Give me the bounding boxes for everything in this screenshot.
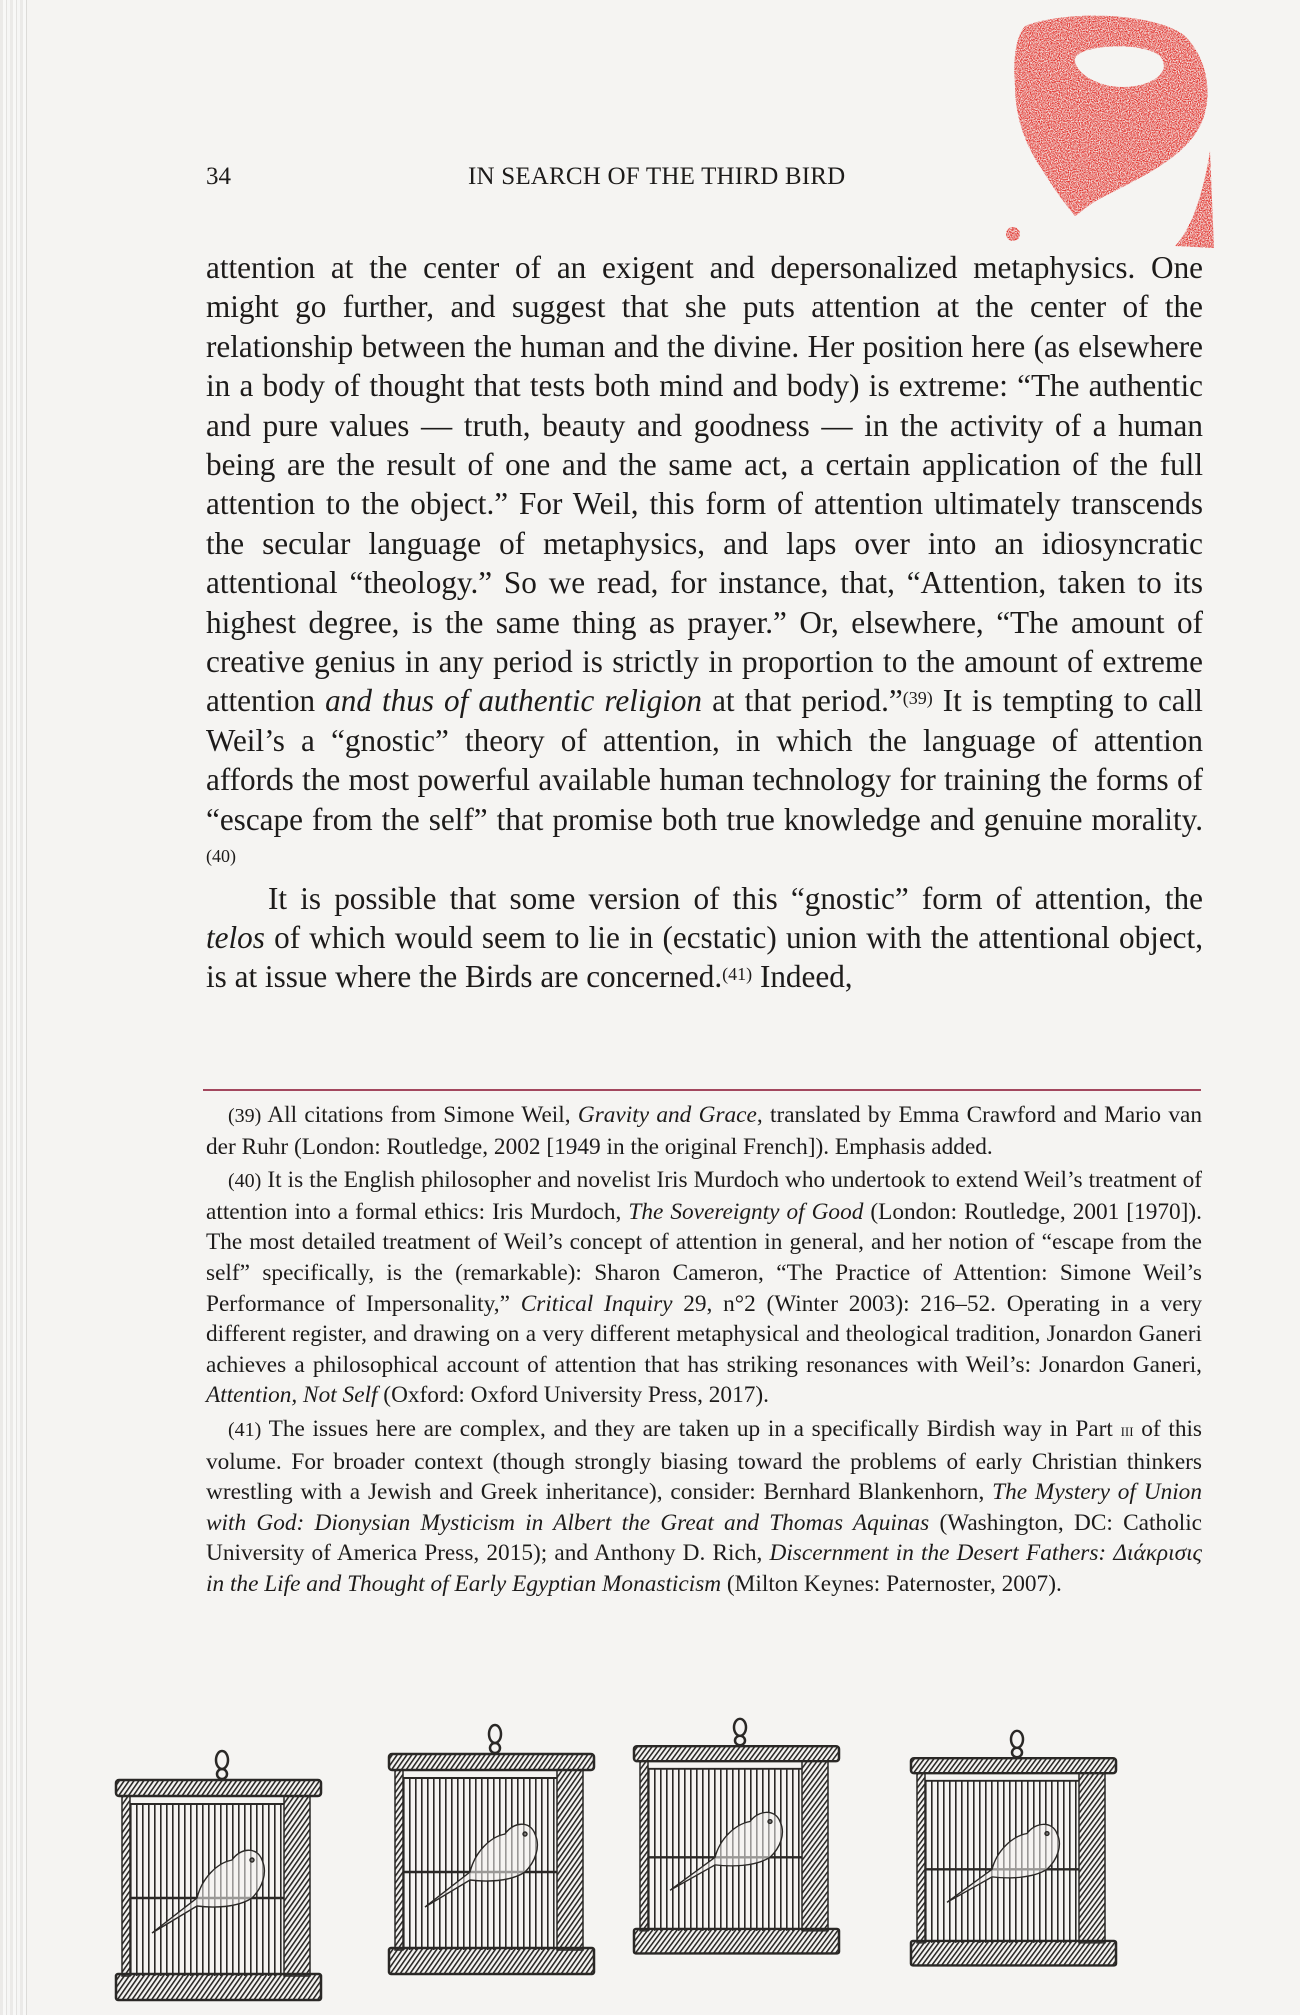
title-italic: Gravity and Grace — [578, 1102, 757, 1128]
text-run: attention at the center of an exigent an… — [206, 250, 1203, 718]
text-run: Indeed, — [752, 959, 852, 994]
footnote-41: (41) The issues here are complex, and th… — [206, 1414, 1202, 1600]
birdcage-icon — [385, 1722, 600, 1982]
emphasis-text: telos — [206, 920, 265, 955]
running-head: IN SEARCH OF THE THIRD BIRD — [468, 163, 845, 191]
emphasis-text: and thus of authentic religion — [325, 683, 702, 718]
footnote-39: (39) All citations from Simone Weil, Gra… — [206, 1100, 1202, 1162]
birdcage-illustrations — [0, 1700, 1300, 2015]
footnote-number: (40) — [228, 1170, 261, 1192]
small-caps-text: iii — [1121, 1420, 1134, 1441]
birdcage-icon — [630, 1716, 845, 1961]
text-run: It is possible that some version of this… — [268, 881, 1203, 916]
page-header: 34 IN SEARCH OF THE THIRD BIRD — [206, 163, 1206, 199]
footnotes: (39) All citations from Simone Weil, Gra… — [206, 1100, 1202, 1603]
text-run: (Milton Keynes: Paternoster, 2007). — [721, 1571, 1062, 1597]
text-run: of which would seem to lie in (ecstatic)… — [206, 920, 1203, 994]
birdcage-icon — [112, 1748, 327, 2008]
footnote-ref-40[interactable]: (40) — [206, 846, 236, 866]
text-run: All citations from Simone Weil, — [261, 1102, 578, 1128]
text-run: at that period.” — [702, 683, 903, 718]
footnote-number: (39) — [228, 1105, 261, 1127]
body-text: attention at the center of an exigent an… — [206, 248, 1203, 997]
title-italic: Attention, Not Self — [206, 1382, 377, 1408]
title-italic: Critical Inquiry — [521, 1291, 673, 1317]
paragraph: It is possible that some version of this… — [206, 879, 1203, 997]
footnote-ref-41[interactable]: (41) — [722, 964, 752, 984]
footnote-separator-rule — [203, 1089, 1201, 1091]
paragraph: attention at the center of an exigent an… — [206, 248, 1203, 879]
birdcage-icon — [907, 1728, 1122, 1973]
text-run: (Oxford: Oxford University Press, 2017). — [377, 1382, 768, 1408]
title-italic: The Sovereignty of Good — [628, 1199, 863, 1225]
red-nest-stamp-icon — [985, 6, 1230, 251]
footnote-ref-39[interactable]: (39) — [903, 688, 933, 708]
footnote-40: (40) It is the English philosopher and n… — [206, 1165, 1202, 1411]
page-number: 34 — [206, 163, 231, 191]
footnote-number: (41) — [228, 1419, 261, 1441]
text-run: The issues here are complex, and they ar… — [261, 1416, 1120, 1442]
